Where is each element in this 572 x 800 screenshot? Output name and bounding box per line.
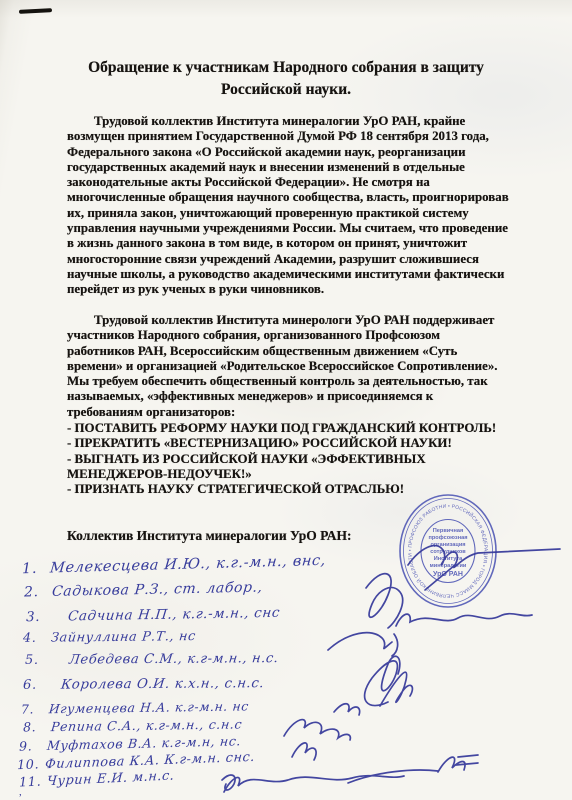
signer-row: 4.Зайнуллина Р.Т., нс (23, 629, 196, 646)
signer-row: 2.Садыкова Р.З., ст. лабор., (24, 580, 263, 601)
signer-name: Игуменцева Н.А. к.г-м.н. нс (48, 698, 250, 716)
signer-name: Чурин Е.И. м.н.с. (46, 768, 175, 789)
signer-name: Репина С.А., к.г-м.н., с.н.с (50, 716, 243, 734)
scan-artifact-dash (19, 8, 52, 14)
signer-number: 9. (19, 738, 47, 754)
signer-name: Зайнуллина Р.Т., нс (50, 629, 196, 646)
signer-row: 5.Лебедева С.М., к.г-м.н., н.с. (25, 651, 279, 668)
signer-row: 8.Репина С.А., к.г-м.н., с.н.с (23, 716, 242, 734)
stamp-line: минералогии (430, 563, 467, 569)
signer-row: 6.Королева О.И. к.х.н., с.н.с. (23, 676, 264, 693)
signer-number: 11. (19, 774, 48, 790)
signer-number: 4. (23, 631, 51, 646)
stamp-line: сотрудников (430, 549, 466, 555)
stamp-line: организация (430, 542, 465, 548)
signer-number: 1. (22, 560, 50, 577)
signers-heading: Коллектив Института минералогии УрО РАН: (67, 528, 351, 544)
signer-name: Королева О.И. к.х.н., с.н.с. (60, 676, 265, 692)
stamp-line: Института (434, 556, 463, 562)
ink-dot-artifact: , (19, 786, 22, 798)
paragraph-1: Трудовой коллектив Института минералогии… (67, 114, 519, 298)
signer-number: 10. (17, 757, 46, 773)
signer-name: Мелекесцева И.Ю., к.г.-м.н., внс, (49, 553, 326, 577)
signer-number: 3. (26, 609, 54, 625)
signer-number: 7. (21, 701, 49, 716)
signer-row: 1.Мелекесцева И.Ю., к.г.-м.н., внс, (22, 553, 326, 577)
signer-number: 6. (23, 678, 51, 693)
page-title: Обращение к участникам Народного собрани… (0, 57, 572, 101)
signer-number: 5. (25, 653, 53, 668)
stamp-line: Первичная (433, 528, 463, 534)
demands-list: - ПОСТАВИТЬ РЕФОРМУ НАУКИ ПОД ГРАЖДАНСКИ… (67, 421, 519, 497)
round-union-stamp: • РОССИЙСКАЯ ФЕДЕРАЦИЯ • ГОРОД МИАСС ЧЕЛ… (397, 492, 499, 610)
signer-row: 3.Садчина Н.П., к.г.-м.н., снс (26, 605, 280, 625)
signer-name: Муфтахов В.А. к.г-м.н, нс. (46, 733, 242, 753)
stamp-line: УрО РАН (433, 571, 463, 578)
stamp-line: профсоюзная (429, 534, 468, 541)
signer-number: 2. (24, 584, 52, 601)
scanned-petition-page: Обращение к участникам Народного собрани… (0, 0, 572, 800)
signer-name: Садчина Н.П., к.г.-м.н., снс (67, 605, 281, 625)
signer-number: 8. (23, 719, 51, 734)
signer-name: Садыкова Р.З., ст. лабор., (51, 579, 263, 599)
signer-name: Лебедева С.М., к.г-м.н., н.с. (68, 651, 279, 667)
paragraph-2: Трудовой коллектив Института минерологи … (67, 313, 519, 420)
signer-row: 7.Игуменцева Н.А. к.г-м.н. нс (21, 698, 249, 716)
